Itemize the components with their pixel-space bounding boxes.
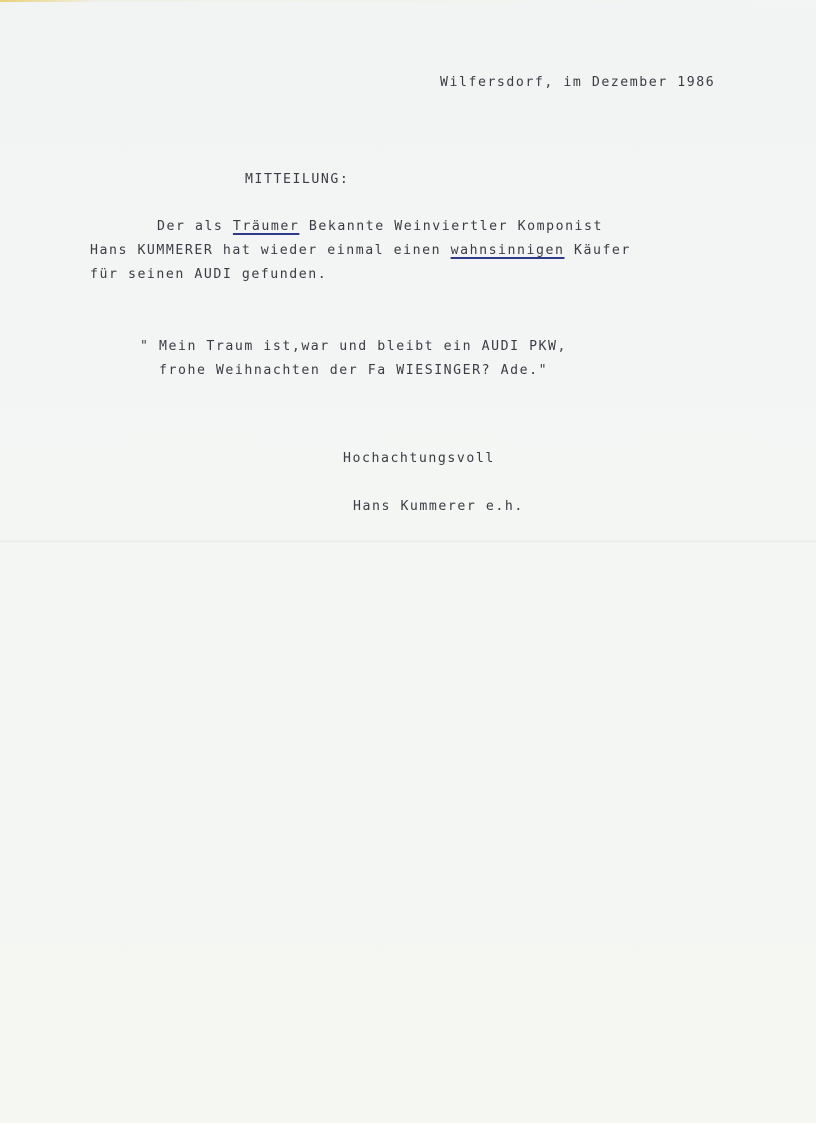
- place-date: Wilfersdorf, im Dezember 1986: [440, 75, 715, 91]
- signature: Hans Kummerer e.h.: [353, 499, 524, 515]
- body-line-1: Der als Träumer Bekannte Weinviertler Ko…: [157, 219, 603, 235]
- body-line-3: für seinen AUDI gefunden.: [90, 267, 327, 283]
- body-line-2-post: Käufer: [564, 243, 630, 258]
- body-line-2-pre: Hans KUMMERER hat wieder einmal einen: [90, 243, 451, 258]
- letter-page: Wilfersdorf, im Dezember 1986 MITTEILUNG…: [0, 0, 816, 1123]
- underlined-word-traeumer: Träumer: [233, 219, 299, 234]
- paper-fold: [0, 540, 816, 543]
- underlined-word-wahnsinnigen: wahnsinnigen: [451, 243, 565, 258]
- paper-edge: [0, 0, 816, 2]
- heading: MITTEILUNG:: [245, 172, 349, 188]
- quote-line-2: frohe Weihnachten der Fa WIESINGER? Ade.…: [159, 363, 548, 379]
- body-line-1-post: Bekannte Weinviertler Komponist: [299, 219, 603, 234]
- closing: Hochachtungsvoll: [343, 451, 495, 467]
- body-line-1-pre: Der als: [157, 219, 233, 234]
- body-line-2: Hans KUMMERER hat wieder einmal einen wa…: [90, 243, 631, 259]
- quote-line-1: " Mein Traum ist,war und bleibt ein AUDI…: [140, 339, 567, 355]
